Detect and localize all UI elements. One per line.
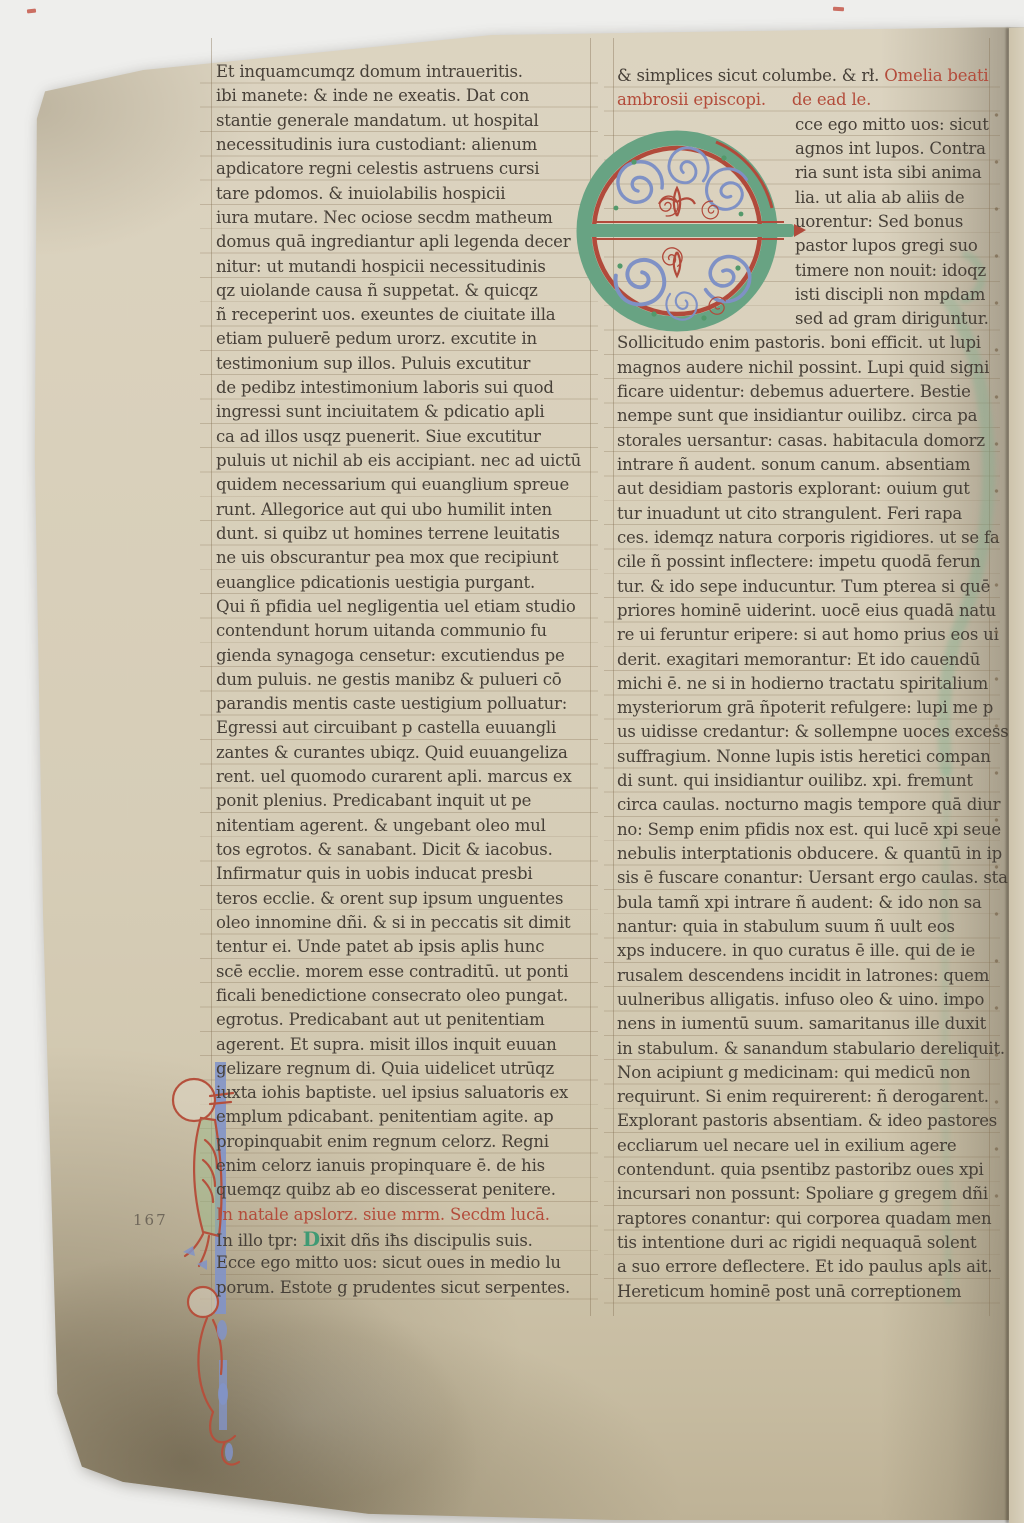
body-text: Et inquamcumqz domum intraueritis. (216, 62, 523, 81)
body-text: scē ecclie. morem esse contraditū. ut po… (216, 962, 568, 981)
body-text: mysteriorum grā ñpoterit refulgere: lupi… (617, 698, 993, 717)
body-text: nebulis interptationis obducere. & quant… (617, 844, 1002, 863)
manuscript-line: dunt. si quibz ut homines terrene leuita… (216, 522, 590, 546)
manuscript-line: a suo errore deflectere. Et ido paulus a… (617, 1255, 991, 1279)
body-text: Ecce ego mitto uos: sicut oues in medio … (216, 1253, 561, 1272)
manuscript-line: storales uersantur: casas. habitacula do… (617, 429, 991, 453)
body-text: storales uersantur: casas. habitacula do… (617, 431, 985, 450)
body-text: ibi manete: & inde ne exeatis. Dat con (216, 86, 529, 105)
manuscript-line: cce ego mitto uos: sicut (795, 113, 991, 137)
manuscript-line: Egressi aut circuibant p castella euuang… (216, 716, 590, 740)
manuscript-line: in stabulum. & sanandum stabulario derel… (617, 1037, 991, 1061)
body-text: rent. uel quomodo curarent apli. marcus … (216, 767, 572, 786)
body-text: ca ad illos usqz puenerit. Siue excutitu… (216, 427, 541, 446)
body-text: michi ē. ne si in hodierno tractatu spir… (617, 674, 988, 693)
body-text: egrotus. Predicabant aut ut penitentiam (216, 1010, 545, 1029)
body-text: nempe sunt que insidiantur ouilibz. circ… (617, 406, 977, 425)
manuscript-line: contendunt horum uitanda communio fu (216, 619, 590, 643)
manuscript-line: euanglice pdicationis uestigia purgant. (216, 571, 590, 595)
manuscript-line: Et inquamcumqz domum intraueritis. (216, 60, 590, 84)
manuscript-line: tare pdomos. & inuiolabilis hospicii (216, 182, 590, 206)
manuscript-line: Hereticum hominē post unā correptionem (617, 1280, 991, 1304)
manuscript-line: & simplices sicut columbe. & rł. Omelia … (617, 64, 991, 88)
manuscript-line: enim celorz ianuis propinquare ē. de his (216, 1154, 590, 1178)
left-text-column: Et inquamcumqz domum intraueritis.ibi ma… (216, 60, 590, 1300)
body-text: tur. & ido sepe inducuntur. Tum pterea s… (617, 577, 990, 596)
body-text: tis intentione duri ac rigidi nequaquā s… (617, 1233, 976, 1252)
body-text: agnos int lupos. Contra (795, 139, 986, 158)
body-text: contendunt. quia psentibz pastoribz oues… (617, 1160, 984, 1179)
body-text: ixit dñs iħs discipulis suis. (320, 1231, 533, 1250)
body-text: nens in iumentū suum. samaritanus ille d… (617, 1014, 986, 1033)
manuscript-line: michi ē. ne si in hodierno tractatu spir… (617, 672, 991, 696)
body-text: ponit plenius. Predicabant inquit ut pe (216, 791, 531, 810)
manuscript-line: contendunt. quia psentibz pastoribz oues… (617, 1158, 991, 1182)
body-text: euanglice pdicationis uestigia purgant. (216, 573, 535, 592)
body-text: pastor lupos gregi suo (795, 236, 978, 255)
manuscript-line: Qui ñ pfidia uel negligentia uel etiam s… (216, 595, 590, 619)
body-text: uulneribus alligatis. infuso oleo & uino… (617, 990, 984, 1009)
manuscript-line: ne uis obscurantur pea mox que recipiunt (216, 546, 590, 570)
manuscript-line: rusalem descendens incidit in latrones: … (617, 964, 991, 988)
manuscript-line: In natale apslorz. siue mrm. Secdm lucā. (216, 1203, 590, 1227)
body-text: Infirmatur quis in uobis inducat presbi (216, 864, 533, 883)
body-text: contendunt horum uitanda communio fu (216, 621, 547, 640)
pricking-holes (994, 112, 999, 1217)
body-text: ces. idemqz natura corporis rigidiores. … (617, 528, 1000, 547)
manuscript-line: sis ē fuscare conantur: Uersant ergo cau… (617, 866, 991, 890)
manuscript-line: oleo innomine dñi. & si in peccatis sit … (216, 911, 590, 935)
body-text: raptores conantur: qui corporea quadam m… (617, 1209, 991, 1228)
manuscript-line: gelizare regnum di. Quia uidelicet utrūq… (216, 1057, 590, 1081)
body-text: a suo errore deflectere. Et ido paulus a… (617, 1257, 992, 1276)
body-text: sis ē fuscare conantur: Uersant ergo cau… (617, 868, 1008, 887)
body-text: isti discipli non mpdam (795, 285, 985, 304)
body-text: suffragium. Nonne lupis istis heretici c… (617, 747, 991, 766)
rubric-text: ambrosii episcopi. (617, 90, 766, 109)
body-text: derit. exagitari memorantur: Et ido caue… (617, 650, 980, 669)
manuscript-line: di sunt. qui insidiantur ouilibz. xpi. f… (617, 769, 991, 793)
body-text: gienda synagoga censetur: excutiendus pe (216, 646, 565, 665)
rubric-text: In natale apslorz. siue mrm. Secdm lucā. (216, 1205, 550, 1224)
body-text: nantur: quia in stabulum suum ñ uult eos (617, 917, 955, 936)
manuscript-line: rent. uel quomodo curarent apli. marcus … (216, 765, 590, 789)
manuscript-line: teros ecclie. & orent sup ipsum unguente… (216, 887, 590, 911)
manuscript-line: zantes & curantes ubiqz. Quid euuangeliz… (216, 741, 590, 765)
manuscript-line: ponit plenius. Predicabant inquit ut pe (216, 789, 590, 813)
body-text: parandis mentis caste uestigium polluatu… (216, 694, 567, 713)
body-text: necessitudinis iura custodiant: alienum (216, 135, 537, 154)
body-text: gelizare regnum di. Quia uidelicet utrūq… (216, 1059, 554, 1078)
manuscript-line: sed ad gram diriguntur. (795, 307, 991, 331)
manuscript-line: re ui feruntur eripere: si aut homo priu… (617, 623, 991, 647)
manuscript-line: iuxta iohis baptiste. uel ipsius saluato… (216, 1081, 590, 1105)
manuscript-line: pastor lupos gregi suo (795, 234, 991, 258)
folio-number: 167 (133, 1211, 168, 1229)
body-text: runt. Allegorice aut qui ubo humilit int… (216, 500, 552, 519)
manuscript-line: magnos audere nichil possint. Lupi quid … (617, 356, 991, 380)
manuscript-line: stantie generale mandatum. ut hospital (216, 109, 590, 133)
manuscript-line: tos egrotos. & sanabant. Dicit & iacobus… (216, 838, 590, 862)
body-text: testimonium sup illos. Puluis excutitur (216, 354, 530, 373)
body-text: priores hominē uiderint. uocē eius quadā… (617, 601, 996, 620)
manuscript-line: agerent. Et supra. misit illos inquit eu… (216, 1033, 590, 1057)
manuscript-line: scē ecclie. morem esse contraditū. ut po… (216, 960, 590, 984)
body-text: intrare ñ audent. sonum canum. absentiam (617, 455, 970, 474)
body-text: & simplices sicut columbe. & rł. (617, 66, 884, 85)
manuscript-line: uorentur: Sed bonus (795, 210, 991, 234)
manuscript-line: incursari non possunt: Spoliare g gregem… (617, 1182, 991, 1206)
body-text: puluis ut nichil ab eis accipiant. nec a… (216, 451, 581, 470)
body-text: Explorant pastoris absentiam. & ideo pas… (617, 1111, 997, 1130)
manuscript-line: raptores conantur: qui corporea quadam m… (617, 1207, 991, 1231)
green-initial: D (303, 1227, 320, 1251)
body-text: apdicatore regni celestis astruens cursi (216, 159, 539, 178)
body-text: timere non nouit: idoqz (795, 261, 986, 280)
red-speck (833, 7, 844, 12)
body-text: de pedibz intestimonium laboris sui quod (216, 378, 554, 397)
manuscript-line: xps inducere. in quo curatus ē ille. qui… (617, 939, 991, 963)
manuscript-line: circa caulas. nocturno magis tempore quā… (617, 793, 991, 817)
body-text: ficali benedictione consecrato oleo pung… (216, 986, 568, 1005)
manuscript-line: suffragium. Nonne lupis istis heretici c… (617, 745, 991, 769)
body-text: rusalem descendens incidit in latrones: … (617, 966, 989, 985)
manuscript-line: In illo tpr: Dixit dñs iħs discipulis su… (216, 1227, 590, 1251)
body-text: Hereticum hominē post unā correptionem (617, 1282, 961, 1301)
manuscript-line: requirunt. Si enim requirerent: ñ deroga… (617, 1085, 991, 1109)
manuscript-line: parandis mentis caste uestigium polluatu… (216, 692, 590, 716)
manuscript-line: Ecce ego mitto uos: sicut oues in medio … (216, 1251, 590, 1275)
body-text: ñ receperint uos. exeuntes de ciuitate i… (216, 305, 555, 324)
manuscript-line: Infirmatur quis in uobis inducat presbi (216, 862, 590, 886)
body-text: eccliarum uel necare uel in exilium ager… (617, 1136, 956, 1155)
body-text: cce ego mitto uos: sicut (795, 115, 989, 134)
body-text: bula tamñ xpi intrare ñ audent: & ido no… (617, 893, 982, 912)
manuscript-line: tur inuadunt ut cito strangulent. Feri r… (617, 502, 991, 526)
body-text: nitur: ut mutandi hospicii necessitudini… (216, 257, 546, 276)
body-text: iuxta iohis baptiste. uel ipsius saluato… (216, 1083, 568, 1102)
manuscript-line: agnos int lupos. Contra (795, 137, 991, 161)
body-text: Egressi aut circuibant p castella euuang… (216, 718, 556, 737)
body-text: us uidisse credantur: & sollempne uoces … (617, 722, 1024, 741)
manuscript-line: nens in iumentū suum. samaritanus ille d… (617, 1012, 991, 1036)
manuscript-line: apdicatore regni celestis astruens cursi (216, 157, 590, 181)
body-text: zantes & curantes ubiqz. Quid euuangeliz… (216, 743, 568, 762)
right-text-column: & simplices sicut columbe. & rł. Omelia … (617, 64, 991, 1304)
body-text: In illo tpr: (216, 1231, 303, 1250)
next-page-edge (1009, 28, 1024, 1523)
body-text: quidem necessarium qui euanglium spreue (216, 475, 569, 494)
manuscript-line: cile ñ possint inflectere: impetu quodā … (617, 550, 991, 574)
body-text: tos egrotos. & sanabant. Dicit & iacobus… (216, 840, 553, 859)
manuscript-line: Non acipiunt g medicinam: qui medicū non (617, 1061, 991, 1085)
manuscript-line: emplum pdicabant. penitentiam agite. ap (216, 1105, 590, 1129)
body-text: ne uis obscurantur pea mox que recipiunt (216, 548, 558, 567)
body-text: di sunt. qui insidiantur ouilibz. xpi. f… (617, 771, 973, 790)
body-text: incursari non possunt: Spoliare g gregem… (617, 1184, 988, 1203)
manuscript-line: mysteriorum grā ñpoterit refulgere: lupi… (617, 696, 991, 720)
manuscript-line: nempe sunt que insidiantur ouilibz. circ… (617, 404, 991, 428)
manuscript-line: uulneribus alligatis. infuso oleo & uino… (617, 988, 991, 1012)
manuscript-line: porum. Estote g prudentes sicut serpente… (216, 1276, 590, 1300)
manuscript-line: ca ad illos usqz puenerit. Siue excutitu… (216, 425, 590, 449)
body-text: aut desidiam pastoris explorant: ouium g… (617, 479, 970, 498)
body-text: dunt. si quibz ut homines terrene leuita… (216, 524, 560, 543)
body-text: etiam puluerē pedum urorz. excutite in (216, 329, 537, 348)
manuscript-line: Sollicitudo enim pastoris. boni efficit.… (617, 331, 991, 355)
body-text: xps inducere. in quo curatus ē ille. qui… (617, 941, 975, 960)
manuscript-line: etiam puluerē pedum urorz. excutite in (216, 327, 590, 351)
manuscript-line: isti discipli non mpdam (795, 283, 991, 307)
manuscript-line: ces. idemqz natura corporis rigidiores. … (617, 526, 991, 550)
manuscript-line: egrotus. Predicabant aut ut penitentiam (216, 1008, 590, 1032)
manuscript-line: tentur ei. Unde patet ab ipsis aplis hun… (216, 935, 590, 959)
manuscript-line: ambrosii episcopi.de ead le. (617, 88, 991, 112)
body-text: ficare uidentur: debemus aduertere. Best… (617, 382, 971, 401)
manuscript-line: runt. Allegorice aut qui ubo humilit int… (216, 498, 590, 522)
manuscript-line: de pedibz intestimonium laboris sui quod (216, 376, 590, 400)
manuscript-line: ñ receperint uos. exeuntes de ciuitate i… (216, 303, 590, 327)
manuscript-line: propinquabit enim regnum celorz. Regni (216, 1130, 590, 1154)
body-text: Non acipiunt g medicinam: qui medicū non (617, 1063, 970, 1082)
manuscript-line: no: Semp enim pfidis nox est. qui lucē x… (617, 818, 991, 842)
body-text: emplum pdicabant. penitentiam agite. ap (216, 1107, 553, 1126)
manuscript-line: nebulis interptationis obducere. & quant… (617, 842, 991, 866)
manuscript-line: lia. ut alia ab aliis de (795, 186, 991, 210)
manuscript-line: nitur: ut mutandi hospicii necessitudini… (216, 255, 590, 279)
body-text: quemqz quibz ab eo discesserat penitere. (216, 1180, 556, 1199)
manuscript-line: timere non nouit: idoqz (795, 259, 991, 283)
body-text: ria sunt ista sibi anima (795, 163, 982, 182)
manuscript-line: priores hominē uiderint. uocē eius quadā… (617, 599, 991, 623)
manuscript-line: necessitudinis iura custodiant: alienum (216, 133, 590, 157)
manuscript-line: eccliarum uel necare uel in exilium ager… (617, 1134, 991, 1158)
manuscript-line: dum puluis. ne gestis manibz & pulueri c… (216, 668, 590, 692)
body-text: re ui feruntur eripere: si aut homo priu… (617, 625, 999, 644)
manuscript-line: us uidisse credantur: & sollempne uoces … (617, 720, 991, 744)
body-text: circa caulas. nocturno magis tempore quā… (617, 795, 1000, 814)
manuscript-line: puluis ut nichil ab eis accipiant. nec a… (216, 449, 590, 473)
manuscript-line: derit. exagitari memorantur: Et ido caue… (617, 648, 991, 672)
manuscript-line: ingressi sunt inciuitatem & pdicatio apl… (216, 400, 590, 424)
body-text: dum puluis. ne gestis manibz & pulueri c… (216, 670, 562, 689)
body-text: magnos audere nichil possint. Lupi quid … (617, 358, 989, 377)
body-text: tur inuadunt ut cito strangulent. Feri r… (617, 504, 962, 523)
body-text: teros ecclie. & orent sup ipsum unguente… (216, 889, 563, 908)
body-text: tentur ei. Unde patet ab ipsis aplis hun… (216, 937, 544, 956)
manuscript-line: intrare ñ audent. sonum canum. absentiam (617, 453, 991, 477)
manuscript-line: Explorant pastoris absentiam. & ideo pas… (617, 1109, 991, 1133)
body-text: uorentur: Sed bonus (795, 212, 963, 231)
manuscript-line: tis intentione duri ac rigidi nequaquā s… (617, 1231, 991, 1255)
manuscript-line: bula tamñ xpi intrare ñ audent: & ido no… (617, 891, 991, 915)
manuscript-line: nitentiam agerent. & ungebant oleo mul (216, 814, 590, 838)
body-text: oleo innomine dñi. & si in peccatis sit … (216, 913, 570, 932)
body-text: enim celorz ianuis propinquare ē. de his (216, 1156, 545, 1175)
manuscript-line: ficare uidentur: debemus aduertere. Best… (617, 380, 991, 404)
body-text: sed ad gram diriguntur. (795, 309, 989, 328)
manuscript-line: tur. & ido sepe inducuntur. Tum pterea s… (617, 575, 991, 599)
manuscript-line: quemqz quibz ab eo discesserat penitere. (216, 1178, 590, 1202)
body-text: domus quā ingrediantur apli legenda dece… (216, 232, 570, 251)
manuscript-line: ria sunt ista sibi anima (795, 161, 991, 185)
body-text: in stabulum. & sanandum stabulario derel… (617, 1039, 1005, 1058)
body-text: propinquabit enim regnum celorz. Regni (216, 1132, 549, 1151)
body-text: no: Semp enim pfidis nox est. qui lucē x… (617, 820, 1001, 839)
rubric-text: Omelia beati (884, 66, 988, 85)
manuscript-line: gienda synagoga censetur: excutiendus pe (216, 644, 590, 668)
manuscript-line: ficali benedictione consecrato oleo pung… (216, 984, 590, 1008)
body-text: cile ñ possint inflectere: impetu quodā … (617, 552, 981, 571)
body-text: Qui ñ pfidia uel negligentia uel etiam s… (216, 597, 576, 616)
rubric-text: de ead le. (792, 90, 871, 109)
manuscript-line: quidem necessarium qui euanglium spreue (216, 473, 590, 497)
manuscript-line: domus quā ingrediantur apli legenda dece… (216, 230, 590, 254)
manuscript-line: testimonium sup illos. Puluis excutitur (216, 352, 590, 376)
body-text: stantie generale mandatum. ut hospital (216, 111, 539, 130)
body-text: Sollicitudo enim pastoris. boni efficit.… (617, 333, 981, 352)
manuscript-line: iura mutare. Nec ociose secdm matheum (216, 206, 590, 230)
manuscript-line: qz uiolande causa ñ suppetat. & quicqz (216, 279, 590, 303)
body-text: requirunt. Si enim requirerent: ñ deroga… (617, 1087, 989, 1106)
manuscript-line: ibi manete: & inde ne exeatis. Dat con (216, 84, 590, 108)
body-text: nitentiam agerent. & ungebant oleo mul (216, 816, 546, 835)
manuscript-line: nantur: quia in stabulum suum ñ uult eos (617, 915, 991, 939)
body-text: iura mutare. Nec ociose secdm matheum (216, 208, 553, 227)
body-text: ingressi sunt inciuitatem & pdicatio apl… (216, 402, 545, 421)
body-text: agerent. Et supra. misit illos inquit eu… (216, 1035, 557, 1054)
body-text: porum. Estote g prudentes sicut serpente… (216, 1278, 570, 1297)
body-text: qz uiolande causa ñ suppetat. & quicqz (216, 281, 538, 300)
body-text: tare pdomos. & inuiolabilis hospicii (216, 184, 505, 203)
body-text: lia. ut alia ab aliis de (795, 188, 964, 207)
manuscript-line: aut desidiam pastoris explorant: ouium g… (617, 477, 991, 501)
